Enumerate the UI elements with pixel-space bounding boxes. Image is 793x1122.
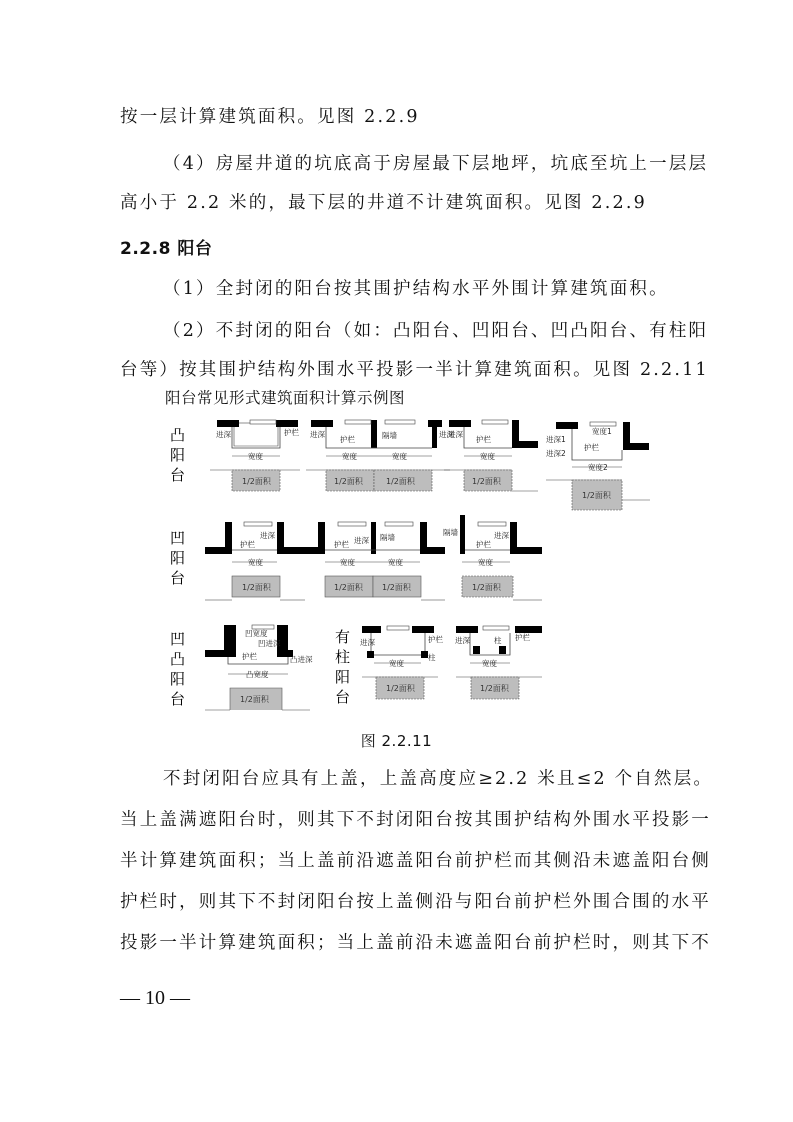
svg-text:隔墙: 隔墙 <box>380 532 395 542</box>
svg-text:1/2面积: 1/2面积 <box>240 694 270 704</box>
svg-text:护栏: 护栏 <box>515 632 530 642</box>
svg-text:护栏: 护栏 <box>242 651 257 661</box>
svg-text:护栏: 护栏 <box>240 539 255 549</box>
svg-text:阳: 阳 <box>170 549 185 567</box>
column-balcony-2: 进深 柱 护栏 宽度 1/2面积 <box>455 626 542 699</box>
svg-text:阳: 阳 <box>170 670 185 688</box>
svg-text:阳: 阳 <box>170 446 185 464</box>
paragraph-line: （1）全封闭的阳台按其围护结构水平外围计算建筑面积。 <box>163 275 669 300</box>
svg-text:1/2面积: 1/2面积 <box>242 476 272 486</box>
svg-text:1/2面积: 1/2面积 <box>582 490 612 500</box>
svg-text:护栏: 护栏 <box>476 434 491 444</box>
svg-text:1/2面积: 1/2面积 <box>386 683 416 693</box>
convex-balcony-2: 进深 护栏 隔墙 进深 宽度 宽度 1/2面积 1/2面积 <box>306 420 454 491</box>
svg-text:宽度: 宽度 <box>482 658 497 668</box>
svg-text:柱: 柱 <box>494 635 502 645</box>
svg-text:台: 台 <box>170 569 185 587</box>
paragraph-line: 不封闭阳台应具有上盖，上盖高度应≥2.2 米且≤2 个自然层。 <box>163 765 713 790</box>
svg-text:宽度: 宽度 <box>340 557 355 567</box>
svg-text:隔墙: 隔墙 <box>382 430 397 440</box>
page-number: — 10 — <box>120 987 190 1010</box>
svg-text:进深: 进深 <box>216 429 231 439</box>
row-label-mixed: 凹 凸 阳 台 <box>170 630 185 708</box>
paragraph-line: 高小于 2.2 米的，最下层的井道不计建筑面积。见图 2.2.9 <box>120 189 647 214</box>
svg-text:进深: 进深 <box>448 429 463 439</box>
svg-text:柱: 柱 <box>335 648 350 666</box>
svg-text:宽度: 宽度 <box>389 658 404 668</box>
svg-text:进深1: 进深1 <box>546 434 566 444</box>
svg-text:护栏: 护栏 <box>284 427 299 437</box>
svg-text:护栏: 护栏 <box>340 434 355 444</box>
paragraph-line: 台等）按其围护结构外围水平投影一半计算建筑面积。见图 2.2.11 <box>120 356 709 381</box>
concave-balcony-2: 护栏 进深 隔墙 宽度 宽度 1/2面积 1/2面积 <box>305 522 445 600</box>
row-label-convex: 凸 阳 台 <box>170 426 185 484</box>
paragraph-line: 当上盖满遮阳台时，则其下不封闭阳台按其围护结构外围水平投影一 <box>120 806 711 831</box>
paragraph-line: 护栏时，则其下不封闭阳台按上盖侧沿与阳台前护栏外围合围的水平 <box>120 888 711 913</box>
svg-text:进深: 进深 <box>494 530 509 540</box>
paragraph-line: 按一层计算建筑面积。见图 2.2.9 <box>120 103 420 128</box>
svg-text:宽度2: 宽度2 <box>588 462 608 472</box>
svg-text:1/2面积: 1/2面积 <box>472 582 502 592</box>
svg-text:凸: 凸 <box>170 426 185 444</box>
concave-balcony-3: 隔墙 护栏 进深 宽度 1/2面积 <box>443 515 542 600</box>
concave-balcony-1: 护栏 进深 宽度 1/2面积 <box>205 522 305 600</box>
svg-text:护栏: 护栏 <box>584 442 599 452</box>
svg-text:柱: 柱 <box>428 652 436 662</box>
svg-text:隔墙: 隔墙 <box>443 527 458 537</box>
svg-text:护栏: 护栏 <box>428 634 443 644</box>
svg-text:凸宽度: 凸宽度 <box>246 669 269 679</box>
svg-text:凹: 凹 <box>170 630 185 648</box>
mixed-balcony: 凹宽度 凹进深 护栏 凸进深 凸宽度 1/2面积 <box>205 625 313 710</box>
svg-text:进深: 进深 <box>260 530 275 540</box>
svg-text:凹: 凹 <box>170 529 185 547</box>
row-label-column: 有 柱 阳 台 <box>335 628 350 706</box>
paragraph-line: （2）不封闭的阳台（如：凸阳台、凹阳台、凹凸阳台、有柱阳 <box>163 317 708 342</box>
svg-text:进深: 进深 <box>354 535 369 545</box>
svg-text:1/2面积: 1/2面积 <box>386 476 416 486</box>
svg-text:凹宽度: 凹宽度 <box>245 628 268 638</box>
svg-text:宽度: 宽度 <box>248 451 263 461</box>
svg-text:台: 台 <box>170 690 185 708</box>
svg-text:1/2面积: 1/2面积 <box>382 582 412 592</box>
svg-text:进深: 进深 <box>455 635 470 645</box>
svg-text:1/2面积: 1/2面积 <box>472 476 502 486</box>
paragraph-line: 投影一半计算建筑面积；当上盖前沿未遮盖阳台前护栏时，则其下不 <box>120 929 711 954</box>
svg-text:护栏: 护栏 <box>334 539 349 549</box>
svg-text:宽度: 宽度 <box>392 451 407 461</box>
convex-balcony-3: 进深 护栏 宽度 1/2面积 <box>444 420 538 491</box>
paragraph-line: （4）房屋井道的坑底高于房屋最下层地坪，坑底至坑上一层层 <box>163 150 708 175</box>
svg-text:阳: 阳 <box>335 668 350 686</box>
svg-text:进深: 进深 <box>310 429 325 439</box>
svg-text:凹进深: 凹进深 <box>258 638 281 648</box>
convex-balcony-4: 宽度1 进深1 护栏 进深2 宽度2 1/2面积 <box>546 422 650 510</box>
svg-text:进深: 进深 <box>360 637 375 647</box>
balcony-diagram: 凸 阳 台 凹 阳 台 凹 凸 阳 台 有 柱 阳 台 进深 护栏 宽度 1/2… <box>160 410 660 720</box>
svg-text:1/2面积: 1/2面积 <box>334 476 364 486</box>
svg-text:台: 台 <box>335 688 350 706</box>
svg-text:凸: 凸 <box>170 650 185 668</box>
svg-text:宽度: 宽度 <box>248 557 263 567</box>
figure-title: 阳台常见形式建筑面积计算示例图 <box>165 386 405 408</box>
section-heading: 2.2.8 阳台 <box>120 234 212 259</box>
svg-text:1/2面积: 1/2面积 <box>242 582 272 592</box>
svg-text:宽度: 宽度 <box>478 557 493 567</box>
column-balcony-1: 进深 护栏 柱 宽度 1/2面积 <box>360 626 443 699</box>
svg-text:有: 有 <box>335 628 350 646</box>
svg-text:护栏: 护栏 <box>476 539 491 549</box>
svg-text:台: 台 <box>170 466 185 484</box>
svg-text:1/2面积: 1/2面积 <box>480 683 510 693</box>
convex-balcony-1: 进深 护栏 宽度 1/2面积 <box>210 420 300 491</box>
svg-text:宽度1: 宽度1 <box>592 426 612 436</box>
svg-text:进深2: 进深2 <box>546 448 566 458</box>
svg-text:宽度: 宽度 <box>342 451 357 461</box>
svg-text:凸进深: 凸进深 <box>290 654 313 664</box>
svg-text:宽度: 宽度 <box>480 451 495 461</box>
svg-text:宽度: 宽度 <box>388 557 403 567</box>
paragraph-line: 半计算建筑面积；当上盖前沿遮盖阳台前护栏而其侧沿未遮盖阳台侧 <box>120 847 711 872</box>
svg-text:1/2面积: 1/2面积 <box>334 582 364 592</box>
row-label-concave: 凹 阳 台 <box>170 529 185 587</box>
figure-caption: 图 2.2.11 <box>0 730 793 751</box>
